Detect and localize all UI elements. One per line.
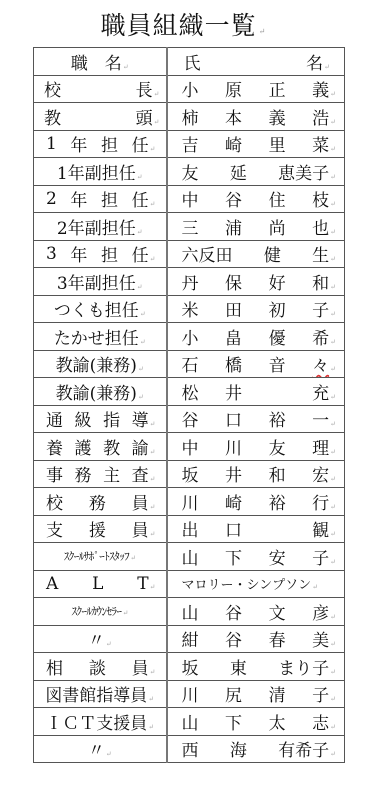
table-row: 校長↵小原正義↵ — [34, 75, 345, 103]
paragraph-mark-icon: ↵ — [106, 750, 112, 758]
position-cell: 3年担任↵ — [34, 240, 167, 268]
paragraph-mark-icon: ↵ — [330, 90, 336, 98]
name-cell: 中谷住枝↵ — [167, 185, 345, 213]
name-cell: 西海有希子↵ — [167, 735, 345, 763]
position-cell: 2年副担任↵ — [34, 213, 167, 241]
table-row: 教諭(兼務)↵松井充↵ — [34, 378, 345, 406]
paragraph-mark-icon: ↵ — [330, 668, 336, 676]
position-cell: 養護教諭↵ — [34, 433, 167, 461]
table-row: 1年副担任↵友延恵美子↵ — [34, 158, 345, 186]
position-cell: 校長↵ — [34, 75, 167, 103]
paragraph-mark-icon: ↵ — [330, 173, 336, 181]
table-row: 支援員↵出口観↵ — [34, 515, 345, 543]
position-cell: ＩＣＴ支援員↵ — [34, 708, 167, 736]
paragraph-mark-icon: ↵ — [330, 640, 336, 648]
paragraph-mark-icon: ↵ — [148, 723, 154, 731]
paragraph-mark-icon: ↵ — [150, 448, 156, 456]
table-row: 教頭↵柿本義浩↵ — [34, 103, 345, 131]
name-cell: 米田初子↵ — [167, 295, 345, 323]
paragraph-mark-icon: ↵ — [150, 583, 156, 591]
name-cell: 小原正義↵ — [167, 75, 345, 103]
paragraph-mark-icon: ↵ — [330, 750, 336, 758]
table-row: 〃↵紺谷春美↵ — [34, 625, 345, 653]
paragraph-mark-icon: ↵ — [138, 393, 144, 401]
paragraph-mark-icon: ↵ — [106, 640, 112, 648]
table-row: 〃↵西海有希子↵ — [34, 735, 345, 763]
paragraph-mark-icon: ↵ — [150, 530, 156, 538]
paragraph-mark-icon: ↵ — [330, 338, 336, 346]
header-name: 氏名↵ — [167, 48, 345, 76]
table-row: ｽｸｰﾙｻﾎﾟｰﾄｽﾀｯﾌ↵山下安子↵ — [34, 543, 345, 571]
position-cell: 1年副担任↵ — [34, 158, 167, 186]
paragraph-mark-icon: ↵ — [150, 255, 156, 263]
paragraph-mark-icon: ↵ — [150, 145, 156, 153]
table-row: 図書館指導員↵川尻清子↵ — [34, 680, 345, 708]
paragraph-mark-icon: ↵ — [137, 173, 143, 181]
name-cell: 谷口裕一↵ — [167, 405, 345, 433]
paragraph-mark-icon: ↵ — [137, 283, 143, 291]
position-cell: 2年担任↵ — [34, 185, 167, 213]
paragraph-mark-icon: ↵ — [324, 63, 330, 71]
paragraph-mark-icon: ↵ — [330, 613, 336, 621]
paragraph-mark-icon: ↵ — [138, 365, 144, 373]
name-cell: マロリー・シンプソン↵ — [167, 570, 345, 598]
table-row: 相談員↵坂東まり子↵ — [34, 653, 345, 681]
paragraph-mark-icon: ↵ — [148, 695, 154, 703]
position-cell: 教諭(兼務)↵ — [34, 378, 167, 406]
table-row: 3年副担任↵丹保好和↵ — [34, 268, 345, 296]
paragraph-mark-icon: ↵ — [150, 668, 156, 676]
name-cell: 紺谷春美↵ — [167, 625, 345, 653]
paragraph-mark-icon: ↵ — [330, 283, 336, 291]
name-cell: 中川友理↵ — [167, 433, 345, 461]
paragraph-mark-icon: ↵ — [154, 90, 160, 98]
name-cell: 六反田健生↵ — [167, 240, 345, 268]
position-cell: 事務主査↵ — [34, 460, 167, 488]
position-cell: 〃↵ — [34, 625, 167, 653]
name-cell: 山谷文彦↵ — [167, 598, 345, 626]
paragraph-mark-icon: ↵ — [330, 448, 336, 456]
paragraph-mark-icon: ↵ — [312, 583, 318, 591]
paragraph-mark-icon: ↵ — [330, 365, 336, 373]
table-row: 2年担任↵中谷住枝↵ — [34, 185, 345, 213]
table-row: 養護教諭↵中川友理↵ — [34, 433, 345, 461]
name-cell: 友延恵美子↵ — [167, 158, 345, 186]
name-cell: 川尻清子↵ — [167, 680, 345, 708]
paragraph-mark-icon: ↵ — [150, 200, 156, 208]
name-cell: 坂東まり子↵ — [167, 653, 345, 681]
name-cell: 坂井和宏↵ — [167, 460, 345, 488]
name-cell: 出口観↵ — [167, 515, 345, 543]
table-row: ｽｸｰﾙｶｳﾝｾﾗｰ↵山谷文彦↵ — [34, 598, 345, 626]
staff-table: 職 名↵ 氏名↵ 校長↵小原正義↵教頭↵柿本義浩↵1年担任↵吉崎里菜↵1年副担任… — [33, 47, 345, 763]
paragraph-mark-icon: ↵ — [330, 228, 336, 236]
table-row: つくも担任↵米田初子↵ — [34, 295, 345, 323]
paragraph-mark-icon: ↵ — [140, 338, 146, 346]
paragraph-mark-icon: ↵ — [330, 503, 336, 511]
paragraph-mark-icon: ↵ — [123, 63, 129, 71]
table-row: 1年担任↵吉崎里菜↵ — [34, 130, 345, 158]
paragraph-mark-icon: ↵ — [330, 475, 336, 483]
paragraph-mark-icon: ↵ — [150, 503, 156, 511]
title-text: 職員組織一覧 — [101, 11, 257, 40]
header-position: 職 名↵ — [34, 48, 167, 76]
paragraph-mark-icon: ↵ — [330, 255, 336, 263]
table-row: ＩＣＴ支援員↵山下太志↵ — [34, 708, 345, 736]
position-cell: 通級指導↵ — [34, 405, 167, 433]
paragraph-mark-icon: ↵ — [150, 420, 156, 428]
name-cell: 山下太志↵ — [167, 708, 345, 736]
paragraph-mark-icon: ↵ — [330, 420, 336, 428]
table-row: 3年担任↵六反田健生↵ — [34, 240, 345, 268]
paragraph-mark-icon: ↵ — [330, 310, 336, 318]
name-cell: 小畠優希↵ — [167, 323, 345, 351]
position-cell: 図書館指導員↵ — [34, 680, 167, 708]
name-cell: 丹保好和↵ — [167, 268, 345, 296]
name-cell: 柿本義浩↵ — [167, 103, 345, 131]
name-cell: 吉崎里菜↵ — [167, 130, 345, 158]
position-cell: 校務員↵ — [34, 488, 167, 516]
paragraph-mark-icon: ↵ — [330, 145, 336, 153]
page-title: 職員組織一覧↵ — [0, 6, 367, 42]
position-cell: 相談員↵ — [34, 653, 167, 681]
name-cell: 石橋音々↵ — [167, 350, 345, 378]
name-cell: 三浦尚也↵ — [167, 213, 345, 241]
table-header-row: 職 名↵ 氏名↵ — [34, 48, 345, 76]
name-cell: 山下安子↵ — [167, 543, 345, 571]
position-cell: つくも担任↵ — [34, 295, 167, 323]
position-cell: ｽｸｰﾙｶｳﾝｾﾗｰ↵ — [34, 598, 167, 626]
table-row: たかせ担任↵小畠優希↵ — [34, 323, 345, 351]
table-row: 2年副担任↵三浦尚也↵ — [34, 213, 345, 241]
paragraph-mark-icon: ↵ — [330, 118, 336, 126]
position-cell: 1年担任↵ — [34, 130, 167, 158]
position-cell: 支援員↵ — [34, 515, 167, 543]
position-cell: たかせ担任↵ — [34, 323, 167, 351]
paragraph-mark-icon: ↵ — [330, 530, 336, 538]
paragraph-mark-icon: ↵ — [330, 558, 336, 566]
position-cell: 〃↵ — [34, 735, 167, 763]
paragraph-mark-icon: ↵ — [140, 310, 146, 318]
position-cell: 教頭↵ — [34, 103, 167, 131]
table-row: ALT↵マロリー・シンプソン↵ — [34, 570, 345, 598]
position-cell: 3年副担任↵ — [34, 268, 167, 296]
paragraph-mark-icon: ↵ — [123, 609, 128, 617]
paragraph-mark-icon: ↵ — [330, 695, 336, 703]
position-cell: ｽｸｰﾙｻﾎﾟｰﾄｽﾀｯﾌ↵ — [34, 543, 167, 571]
position-cell: ALT↵ — [34, 570, 167, 598]
name-cell: 川崎裕行↵ — [167, 488, 345, 516]
paragraph-mark-icon: ↵ — [330, 393, 336, 401]
table-row: 通級指導↵谷口裕一↵ — [34, 405, 345, 433]
name-cell: 松井充↵ — [167, 378, 345, 406]
table-row: 事務主査↵坂井和宏↵ — [34, 460, 345, 488]
table-row: 校務員↵川崎裕行↵ — [34, 488, 345, 516]
paragraph-mark-icon: ↵ — [330, 200, 336, 208]
paragraph-mark-icon: ↵ — [130, 554, 135, 562]
position-cell: 教諭(兼務)↵ — [34, 350, 167, 378]
table-row: 教諭(兼務)↵石橋音々↵ — [34, 350, 345, 378]
paragraph-mark-icon: ↵ — [154, 118, 160, 126]
paragraph-mark-icon: ↵ — [330, 723, 336, 731]
paragraph-mark-icon: ↵ — [137, 228, 143, 236]
paragraph-mark-icon: ↵ — [150, 475, 156, 483]
paragraph-mark-icon: ↵ — [259, 27, 267, 36]
